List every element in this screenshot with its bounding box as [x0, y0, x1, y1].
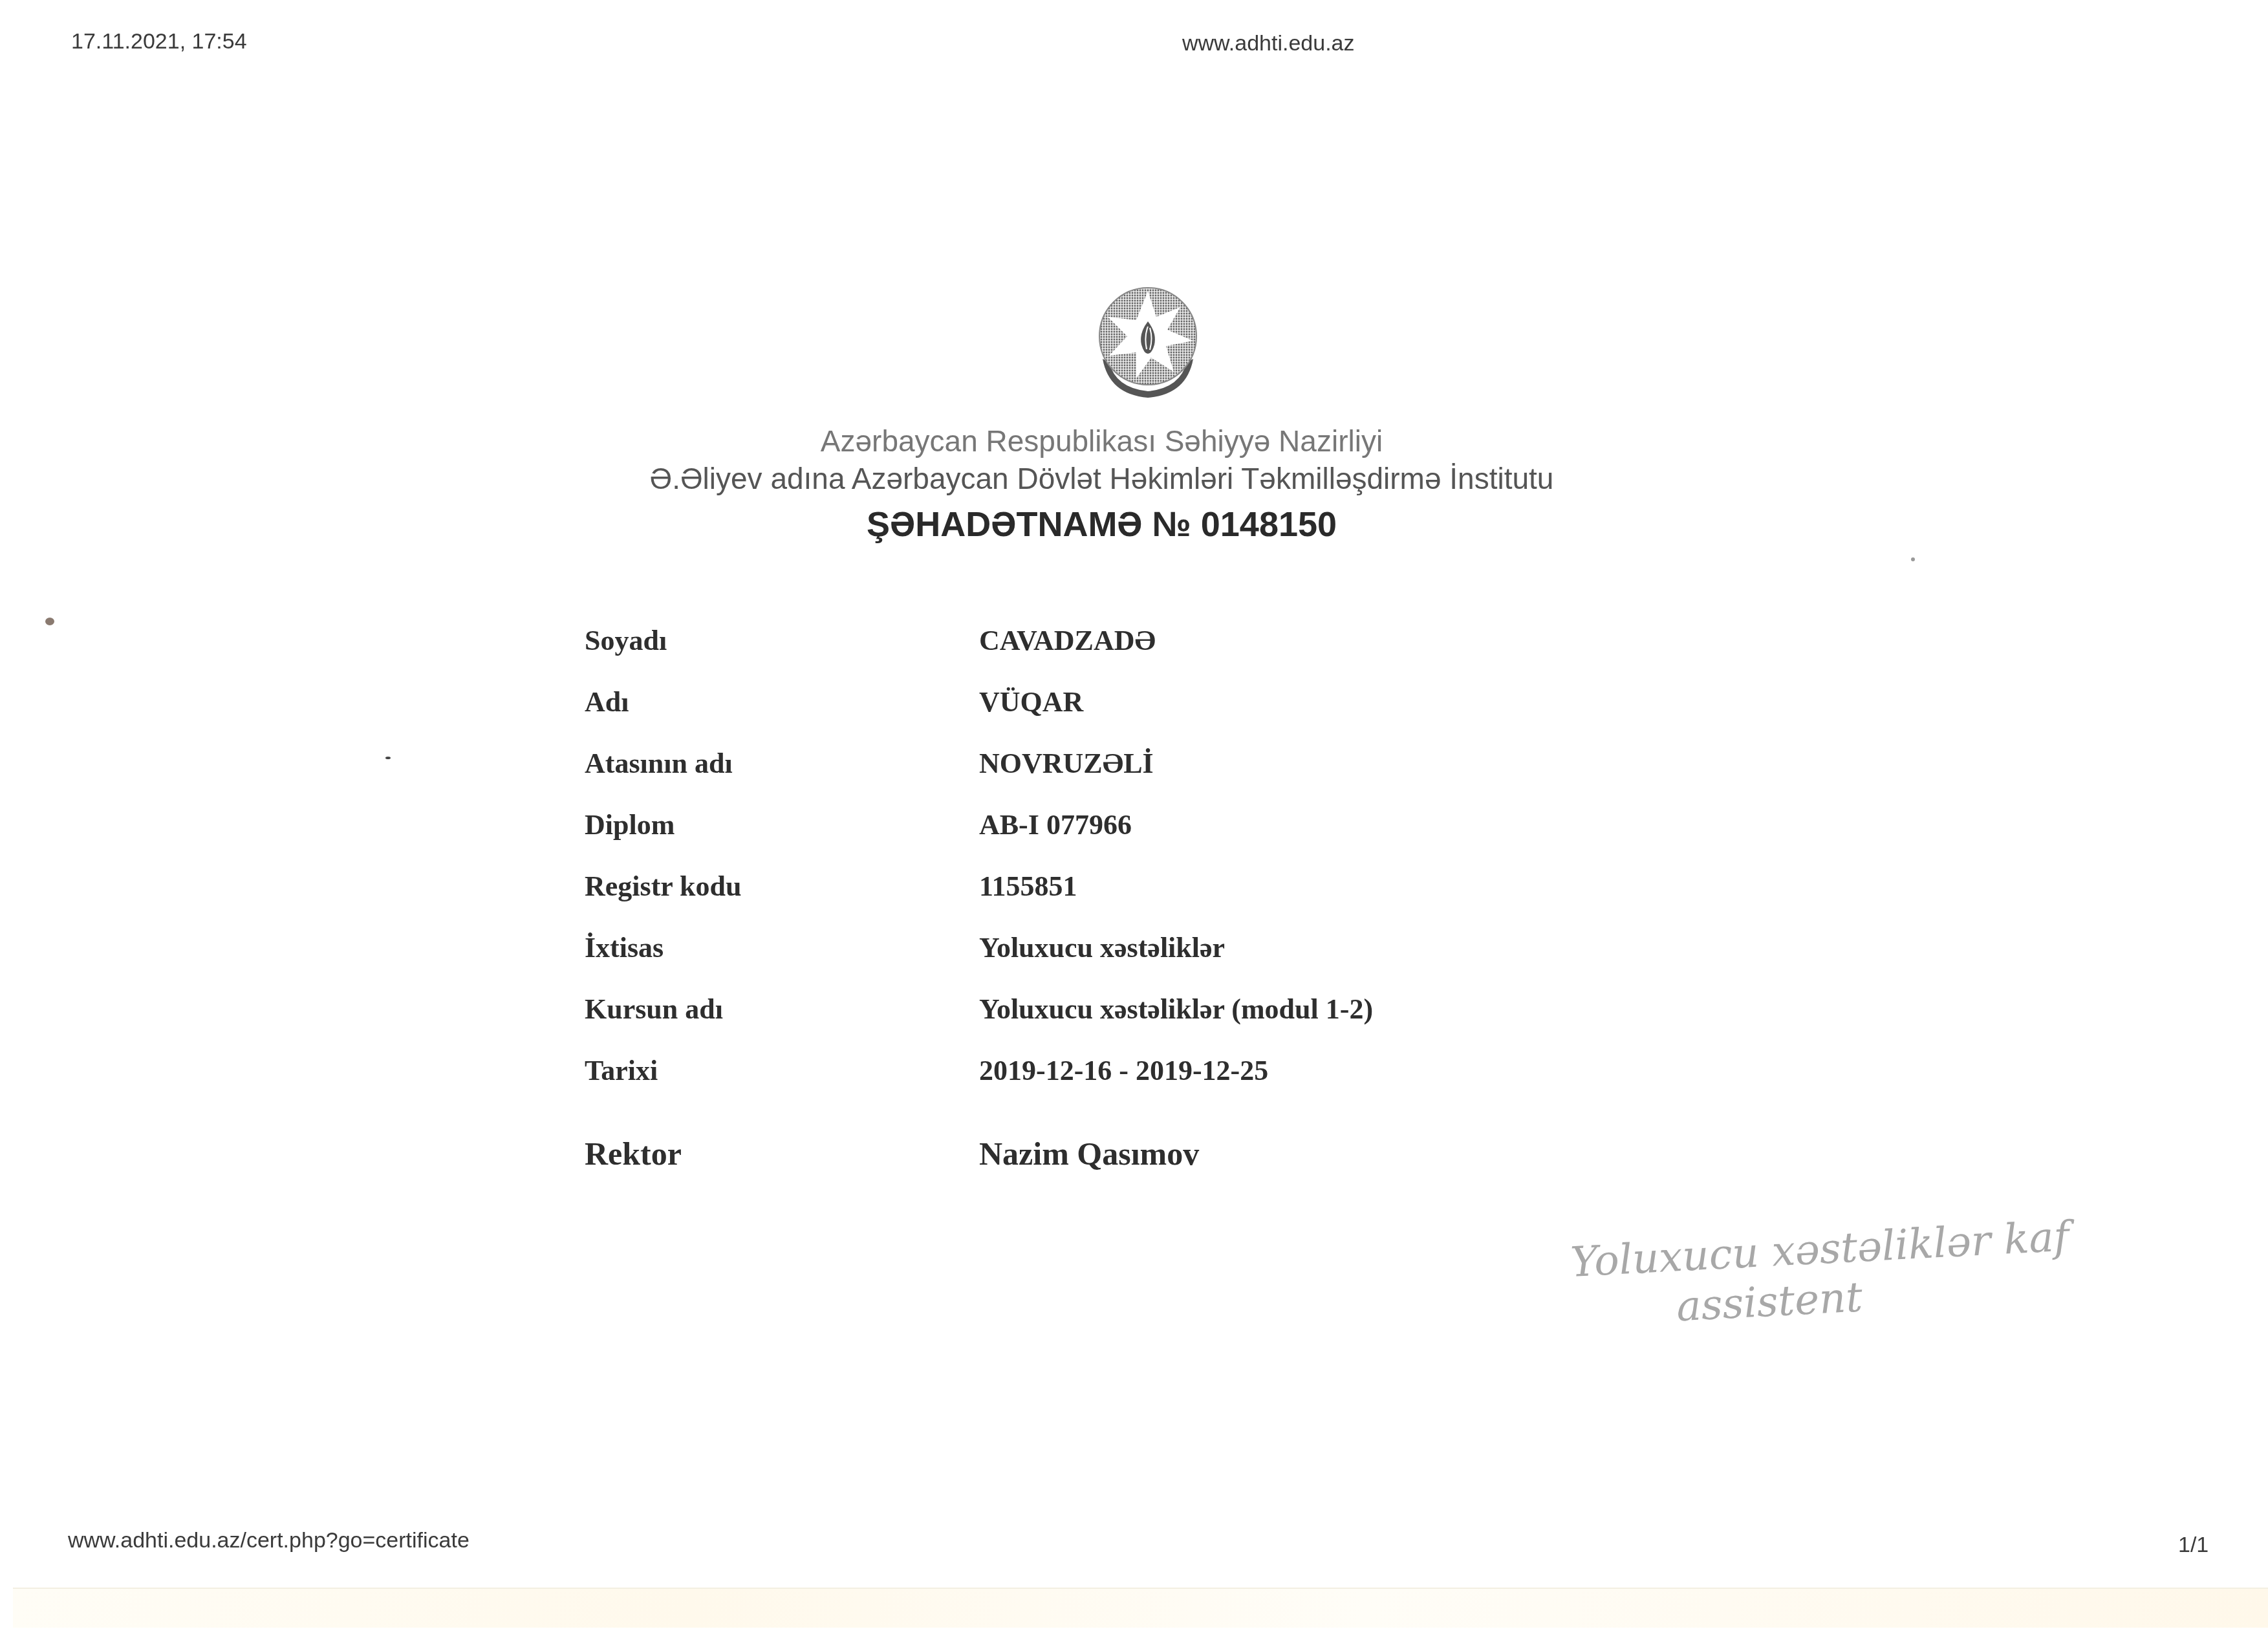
scan-speck: [45, 618, 54, 625]
field-label: Tarixi: [585, 1054, 658, 1087]
field-label: İxtisas: [585, 931, 664, 964]
institute-title: Ə.Əliyev adına Azərbaycan Dövlət Həkimlə…: [0, 461, 2236, 496]
field-value: NOVRUZƏLİ: [979, 747, 1154, 780]
azerbaijan-state-emblem-icon: [1090, 281, 1206, 404]
scan-speck: [385, 757, 391, 759]
field-value: VÜQAR: [979, 685, 1083, 718]
print-page-number: 1/1: [2178, 1533, 2209, 1558]
scan-edge: [13, 1588, 2268, 1628]
field-label: Adı: [585, 685, 629, 718]
rector-label: Rektor: [585, 1135, 682, 1172]
field-value: Yoluxucu xəstəliklər (modul 1-2): [979, 993, 1373, 1026]
ministry-title: Azərbaycan Respublikası Səhiyyə Nazirliy…: [0, 424, 2236, 458]
handwritten-note: Yoluxucu xəstəliklər kaf assistent: [1570, 1206, 2188, 1337]
field-label: Atasının adı: [585, 747, 733, 780]
field-value: AB-I 077966: [979, 808, 1132, 841]
print-site-url: www.adhti.edu.az: [1182, 31, 1355, 56]
field-value: CAVADZADƏ: [979, 624, 1156, 657]
field-value: 1155851: [979, 870, 1077, 903]
field-value: Yoluxucu xəstəliklər: [979, 931, 1225, 964]
print-footer-url: www.adhti.edu.az/cert.php?go=certificate: [68, 1528, 470, 1553]
certificate-number-heading: ŞƏHADƏTNAMƏ № 0148150: [0, 504, 2236, 544]
field-label: Registr kodu: [585, 870, 741, 903]
field-label: Diplom: [585, 808, 675, 841]
rector-name: Nazim Qasımov: [979, 1135, 1199, 1172]
field-label: Kursun adı: [585, 993, 723, 1026]
field-value: 2019-12-16 - 2019-12-25: [979, 1054, 1268, 1087]
scan-speck: [1911, 557, 1915, 561]
field-label: Soyadı: [585, 624, 667, 657]
print-datetime: 17.11.2021, 17:54: [71, 29, 247, 54]
